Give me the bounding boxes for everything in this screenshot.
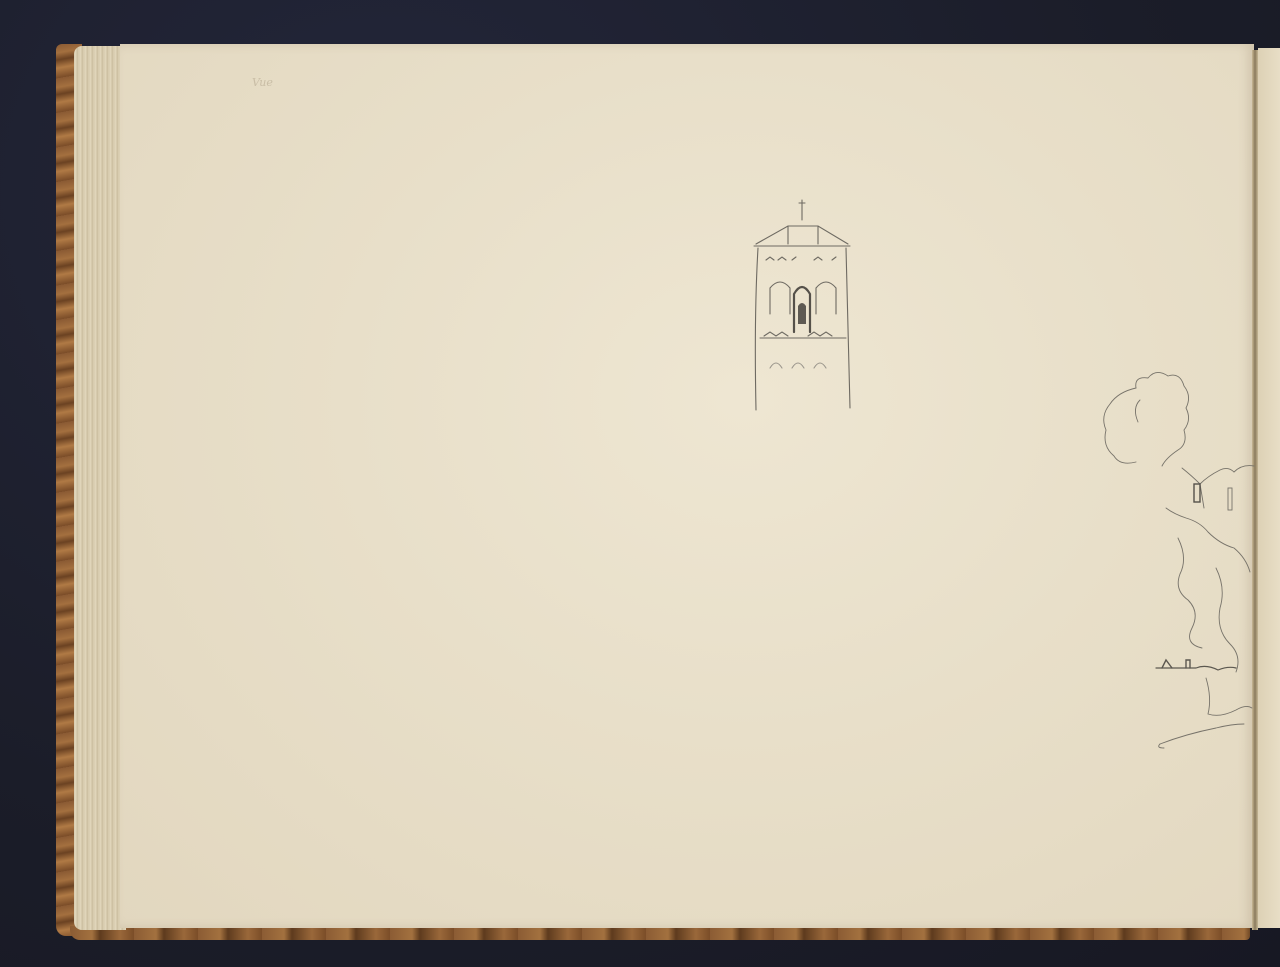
marbled-cover-bottom-edge	[70, 926, 1250, 940]
facing-page-edge	[1258, 48, 1280, 928]
faint-inscription: Vue	[252, 76, 273, 89]
page-block-edges	[74, 46, 126, 930]
sketchbook-page	[120, 44, 1254, 928]
bell-tower-sketch	[748, 196, 858, 416]
landscape-sketch	[1096, 368, 1256, 758]
